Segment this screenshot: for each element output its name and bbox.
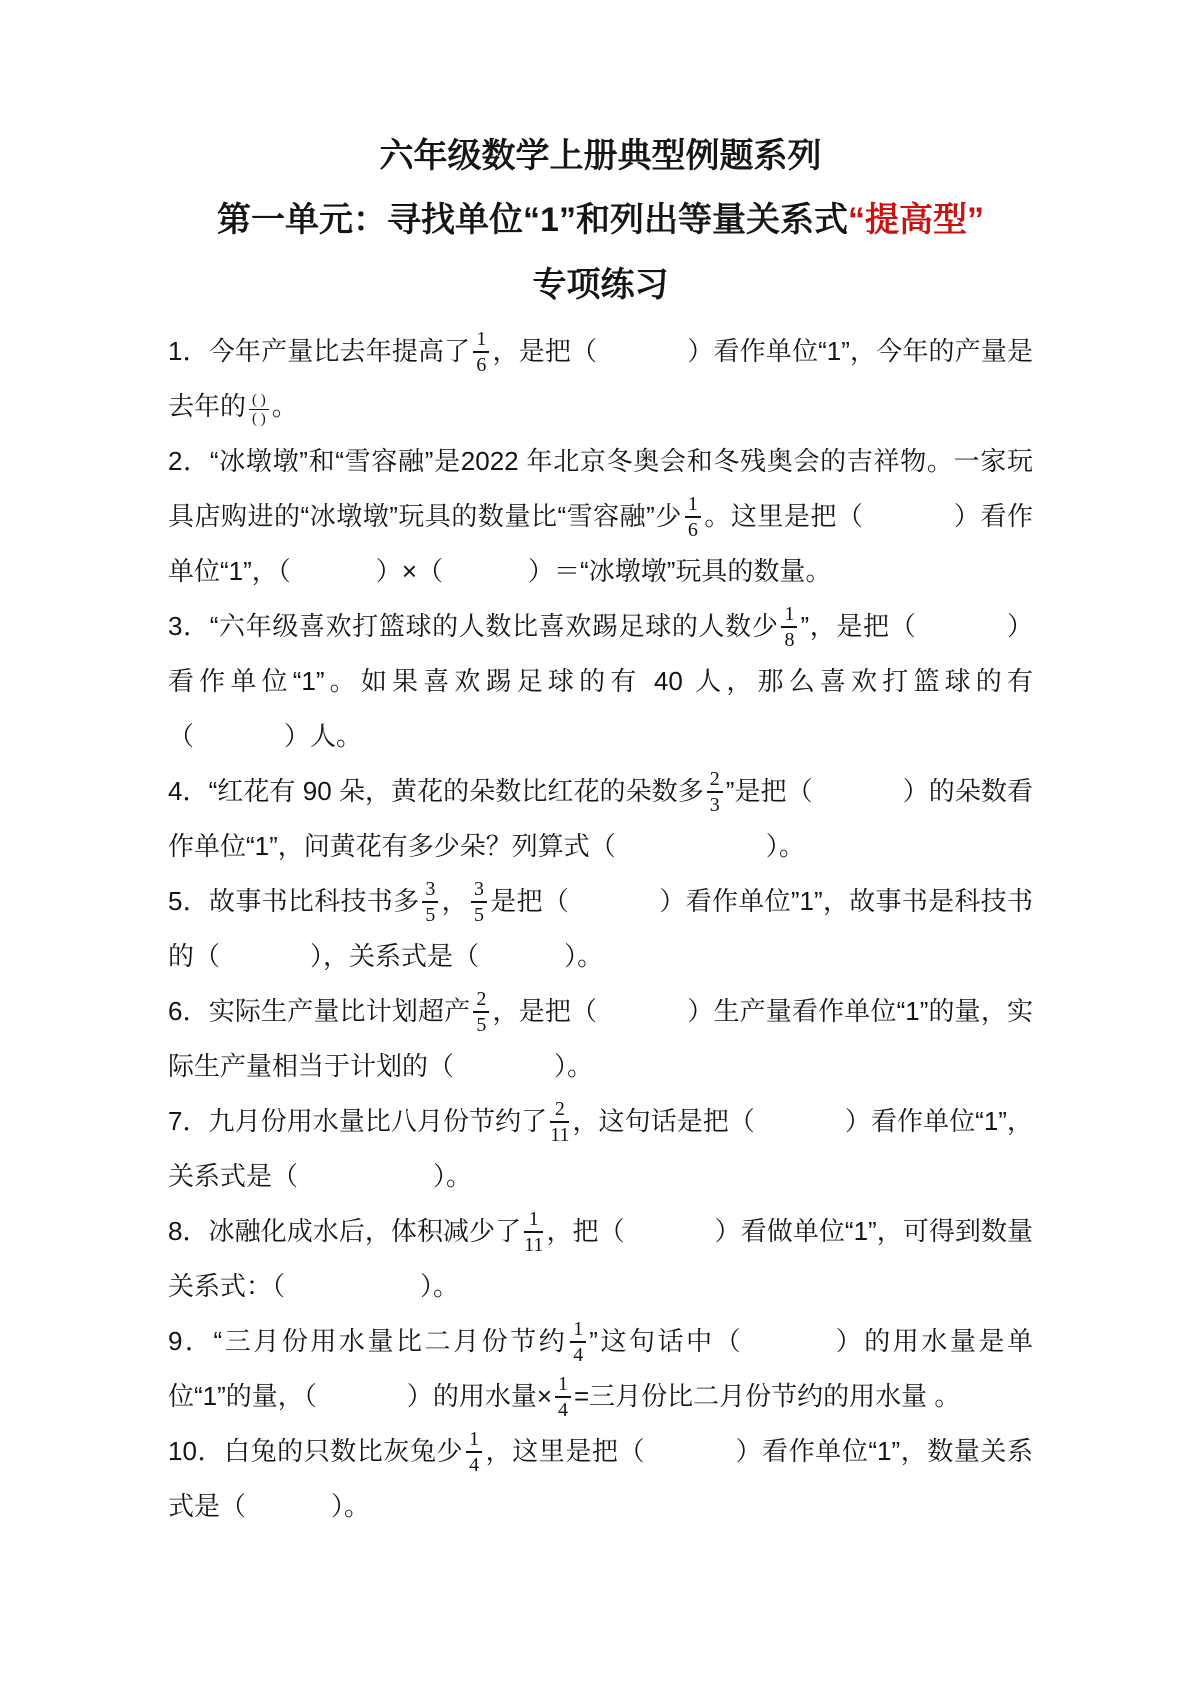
question-text: 。: [433, 1271, 459, 1301]
fraction: 211: [550, 1098, 569, 1146]
fraction-denominator: 4: [466, 1453, 482, 1476]
answer-blank: （）: [278, 556, 402, 586]
answer-blank: （）: [272, 1271, 433, 1301]
question-text: 5．故事书比科技书多: [168, 886, 419, 916]
fraction-denominator: 8: [781, 628, 797, 651]
fraction: 14: [555, 1373, 571, 1421]
answer-blank: （）: [729, 1106, 871, 1136]
answer-blank: （）: [272, 1161, 446, 1191]
answer-blank: （）: [599, 1216, 741, 1246]
question-text: 4．“红花有 90 朵，黄花的朵数比红花的朵数多: [168, 776, 704, 806]
question-text: 。: [577, 941, 603, 971]
fraction-numerator: 1: [570, 1318, 586, 1343]
question-text: 。这里是把: [704, 501, 837, 531]
fraction-numerator: 1: [524, 1208, 543, 1233]
question-4: 4．“红花有 90 朵，黄花的朵数比红花的朵数多23”是把（）的朵数看作单位“1…: [168, 764, 1033, 874]
question-text: 看作单位“1”。如果喜欢踢足球的有 40 人，那么喜欢打篮球的有: [168, 666, 1033, 696]
fraction-numerator: ( ): [249, 392, 269, 411]
answer-blank: （）: [168, 721, 310, 751]
worksheet-page: 六年级数学上册典型例题系列 第一单元：寻找单位“1”和列出等量关系式“提高型” …: [0, 0, 1191, 1684]
answer-blank: （）: [417, 556, 554, 586]
blank-gap: [569, 909, 659, 910]
blank-gap: [625, 1239, 715, 1240]
fraction-denominator: 5: [473, 1013, 489, 1036]
fraction-denominator: 6: [473, 353, 489, 376]
fraction-denominator: 6: [685, 518, 701, 541]
question-10: 10．白兔的只数比灰兔少14，这里是把（）看作单位“1”，数量关系式是（）。: [168, 1424, 1033, 1534]
questions: 1．今年产量比去年提高了16，是把（）看作单位“1”，今年的产量是去年的( )(…: [168, 324, 1033, 1534]
question-text: 9．“三月份用水量比二月份节约: [168, 1326, 567, 1356]
blank-gap: [645, 1459, 735, 1460]
blank-gap: [317, 1404, 407, 1405]
question-text: ，: [441, 886, 468, 916]
fraction-numerator: 2: [707, 768, 723, 793]
fraction-numerator: 3: [471, 878, 487, 903]
practice-subtitle: 专项练习: [168, 267, 1033, 304]
blank-gap: [298, 1184, 433, 1185]
question-5: 5．故事书比科技书多35，35是把（）看作单位”1”，故事书是科技书的（），关系…: [168, 874, 1033, 984]
fraction: 111: [524, 1208, 543, 1256]
question-text: ，关系式是: [323, 941, 453, 971]
fraction-denominator: 4: [555, 1398, 571, 1421]
fraction: 35: [422, 878, 438, 926]
blank-gap: [597, 1019, 687, 1020]
header: 六年级数学上册典型例题系列 第一单元：寻找单位“1”和列出等量关系式“提高型” …: [168, 138, 1033, 304]
fraction: 16: [473, 328, 489, 376]
answer-blank: （）: [787, 776, 929, 806]
question-9: 9．“三月份用水量比二月份节约14”这句话中（）的用水量是单位“1”的量，（）的…: [168, 1314, 1033, 1424]
fraction-denominator: 3: [707, 793, 723, 816]
blank-fraction: ( )( ): [249, 392, 269, 428]
question-6: 6．实际生产量比计划超产25，是把（）生产量看作单位“1”的量，实际生产量相当于…: [168, 984, 1033, 1094]
fraction-denominator: ( ): [249, 410, 269, 428]
answer-blank: （）: [890, 611, 1033, 641]
blank-gap: [220, 964, 310, 965]
blank-gap: [443, 579, 528, 580]
blank-gap: [597, 359, 687, 360]
question-text: ，是把: [492, 996, 571, 1026]
fraction-numerator: 1: [781, 603, 797, 628]
answer-blank: （）: [220, 1491, 344, 1521]
fraction-denominator: 5: [471, 903, 487, 926]
page-title: 六年级数学上册典型例题系列: [168, 138, 1033, 175]
fraction: 16: [685, 493, 701, 541]
blank-gap: [916, 634, 1006, 635]
fraction-numerator: 1: [466, 1428, 482, 1453]
question-text: 8．冰融化成水后，体积减少了: [168, 1216, 521, 1246]
blank-gap: [479, 964, 564, 965]
question-text: 。: [272, 391, 298, 421]
fraction: 14: [570, 1318, 586, 1366]
question-text: ”是把: [726, 776, 787, 806]
answer-blank: （）: [837, 501, 981, 531]
question-text: ”这句话中: [589, 1326, 714, 1356]
fraction: 25: [473, 988, 489, 1036]
question-text: 。: [344, 1491, 370, 1521]
fraction-numerator: 1: [473, 328, 489, 353]
answer-blank: （）: [590, 831, 779, 861]
fraction-denominator: 11: [550, 1123, 569, 1146]
question-text: 10．白兔的只数比灰兔少: [168, 1436, 463, 1466]
blank-gap: [616, 854, 766, 855]
question-text: 3．“六年级喜欢打篮球的人数比喜欢踢足球的人数少: [168, 611, 778, 641]
fraction-numerator: 1: [685, 493, 701, 518]
blank-gap: [863, 524, 953, 525]
question-text: 。: [567, 1051, 593, 1081]
answer-blank: （）: [571, 336, 714, 366]
fraction: 14: [466, 1428, 482, 1476]
fraction: 35: [471, 878, 487, 926]
blank-gap: [743, 1349, 833, 1350]
question-text: 7．九月份用水量比八月份节约了: [168, 1106, 547, 1136]
fraction: 23: [707, 768, 723, 816]
blank-gap: [291, 579, 376, 580]
question-text: 。: [779, 831, 805, 861]
fraction-numerator: 2: [473, 988, 489, 1013]
question-text: ×: [402, 556, 417, 586]
answer-blank: （）: [543, 886, 686, 916]
fraction-denominator: 11: [524, 1233, 543, 1256]
blank-gap: [246, 1514, 331, 1515]
question-text: 1．今年产量比去年提高了: [168, 336, 470, 366]
question-text: ＝“冰墩墩”玩具的数量。: [554, 556, 831, 586]
fraction-numerator: 2: [550, 1098, 569, 1123]
question-3: 3．“六年级喜欢打篮球的人数比喜欢踢足球的人数少18”，是把（）看作单位“1”。…: [168, 599, 1033, 764]
answer-blank: （）: [618, 1436, 762, 1466]
blank-gap: [813, 799, 903, 800]
question-text: ，是把: [492, 336, 571, 366]
answer-blank: （）: [453, 941, 577, 971]
unit-subtitle-red-highlight: “提高型”: [848, 201, 984, 239]
answer-blank: （）: [715, 1326, 865, 1356]
question-text: ，这里是把: [485, 1436, 618, 1466]
question-text: 的用水量×: [433, 1381, 552, 1411]
blank-gap: [285, 1294, 420, 1295]
answer-blank: （）: [571, 996, 714, 1026]
question-text: 6．实际生产量比计划超产: [168, 996, 470, 1026]
question-1: 1．今年产量比去年提高了16，是把（）看作单位“1”，今年的产量是去年的( )(…: [168, 324, 1033, 434]
question-text: =三月份比二月份节约的用水量 。: [574, 1381, 960, 1411]
answer-blank: （）: [428, 1051, 567, 1081]
answer-blank: （）: [304, 1381, 433, 1411]
question-2: 2．“冰墩墩”和“雪容融”是2022 年北京冬奥会和冬残奥会的吉祥物。一家玩具店…: [168, 434, 1033, 599]
fraction-denominator: 4: [570, 1343, 586, 1366]
question-text: ”，是把: [800, 611, 889, 641]
question-7: 7．九月份用水量比八月份节约了211，这句话是把（）看作单位“1”，关系式是（）…: [168, 1094, 1033, 1204]
answer-blank: （）: [194, 941, 323, 971]
question-text: ，把: [546, 1216, 598, 1246]
unit-subtitle-black: 第一单元：寻找单位“1”和列出等量关系式: [217, 201, 848, 239]
question-text: ，这句话是把: [572, 1106, 728, 1136]
fraction-denominator: 5: [422, 903, 438, 926]
question-text: 。: [446, 1161, 472, 1191]
blank-gap: [194, 744, 284, 745]
blank-gap: [454, 1074, 554, 1075]
question-text: 是把: [490, 886, 543, 916]
unit-subtitle: 第一单元：寻找单位“1”和列出等量关系式“提高型”: [168, 202, 1033, 239]
fraction-numerator: 3: [422, 878, 438, 903]
question-text: 人。: [310, 721, 362, 751]
fraction-numerator: 1: [555, 1373, 571, 1398]
blank-gap: [755, 1129, 845, 1130]
question-8: 8．冰融化成水后，体积减少了111，把（）看做单位“1”，可得到数量关系式：（）…: [168, 1204, 1033, 1314]
fraction: 18: [781, 603, 797, 651]
